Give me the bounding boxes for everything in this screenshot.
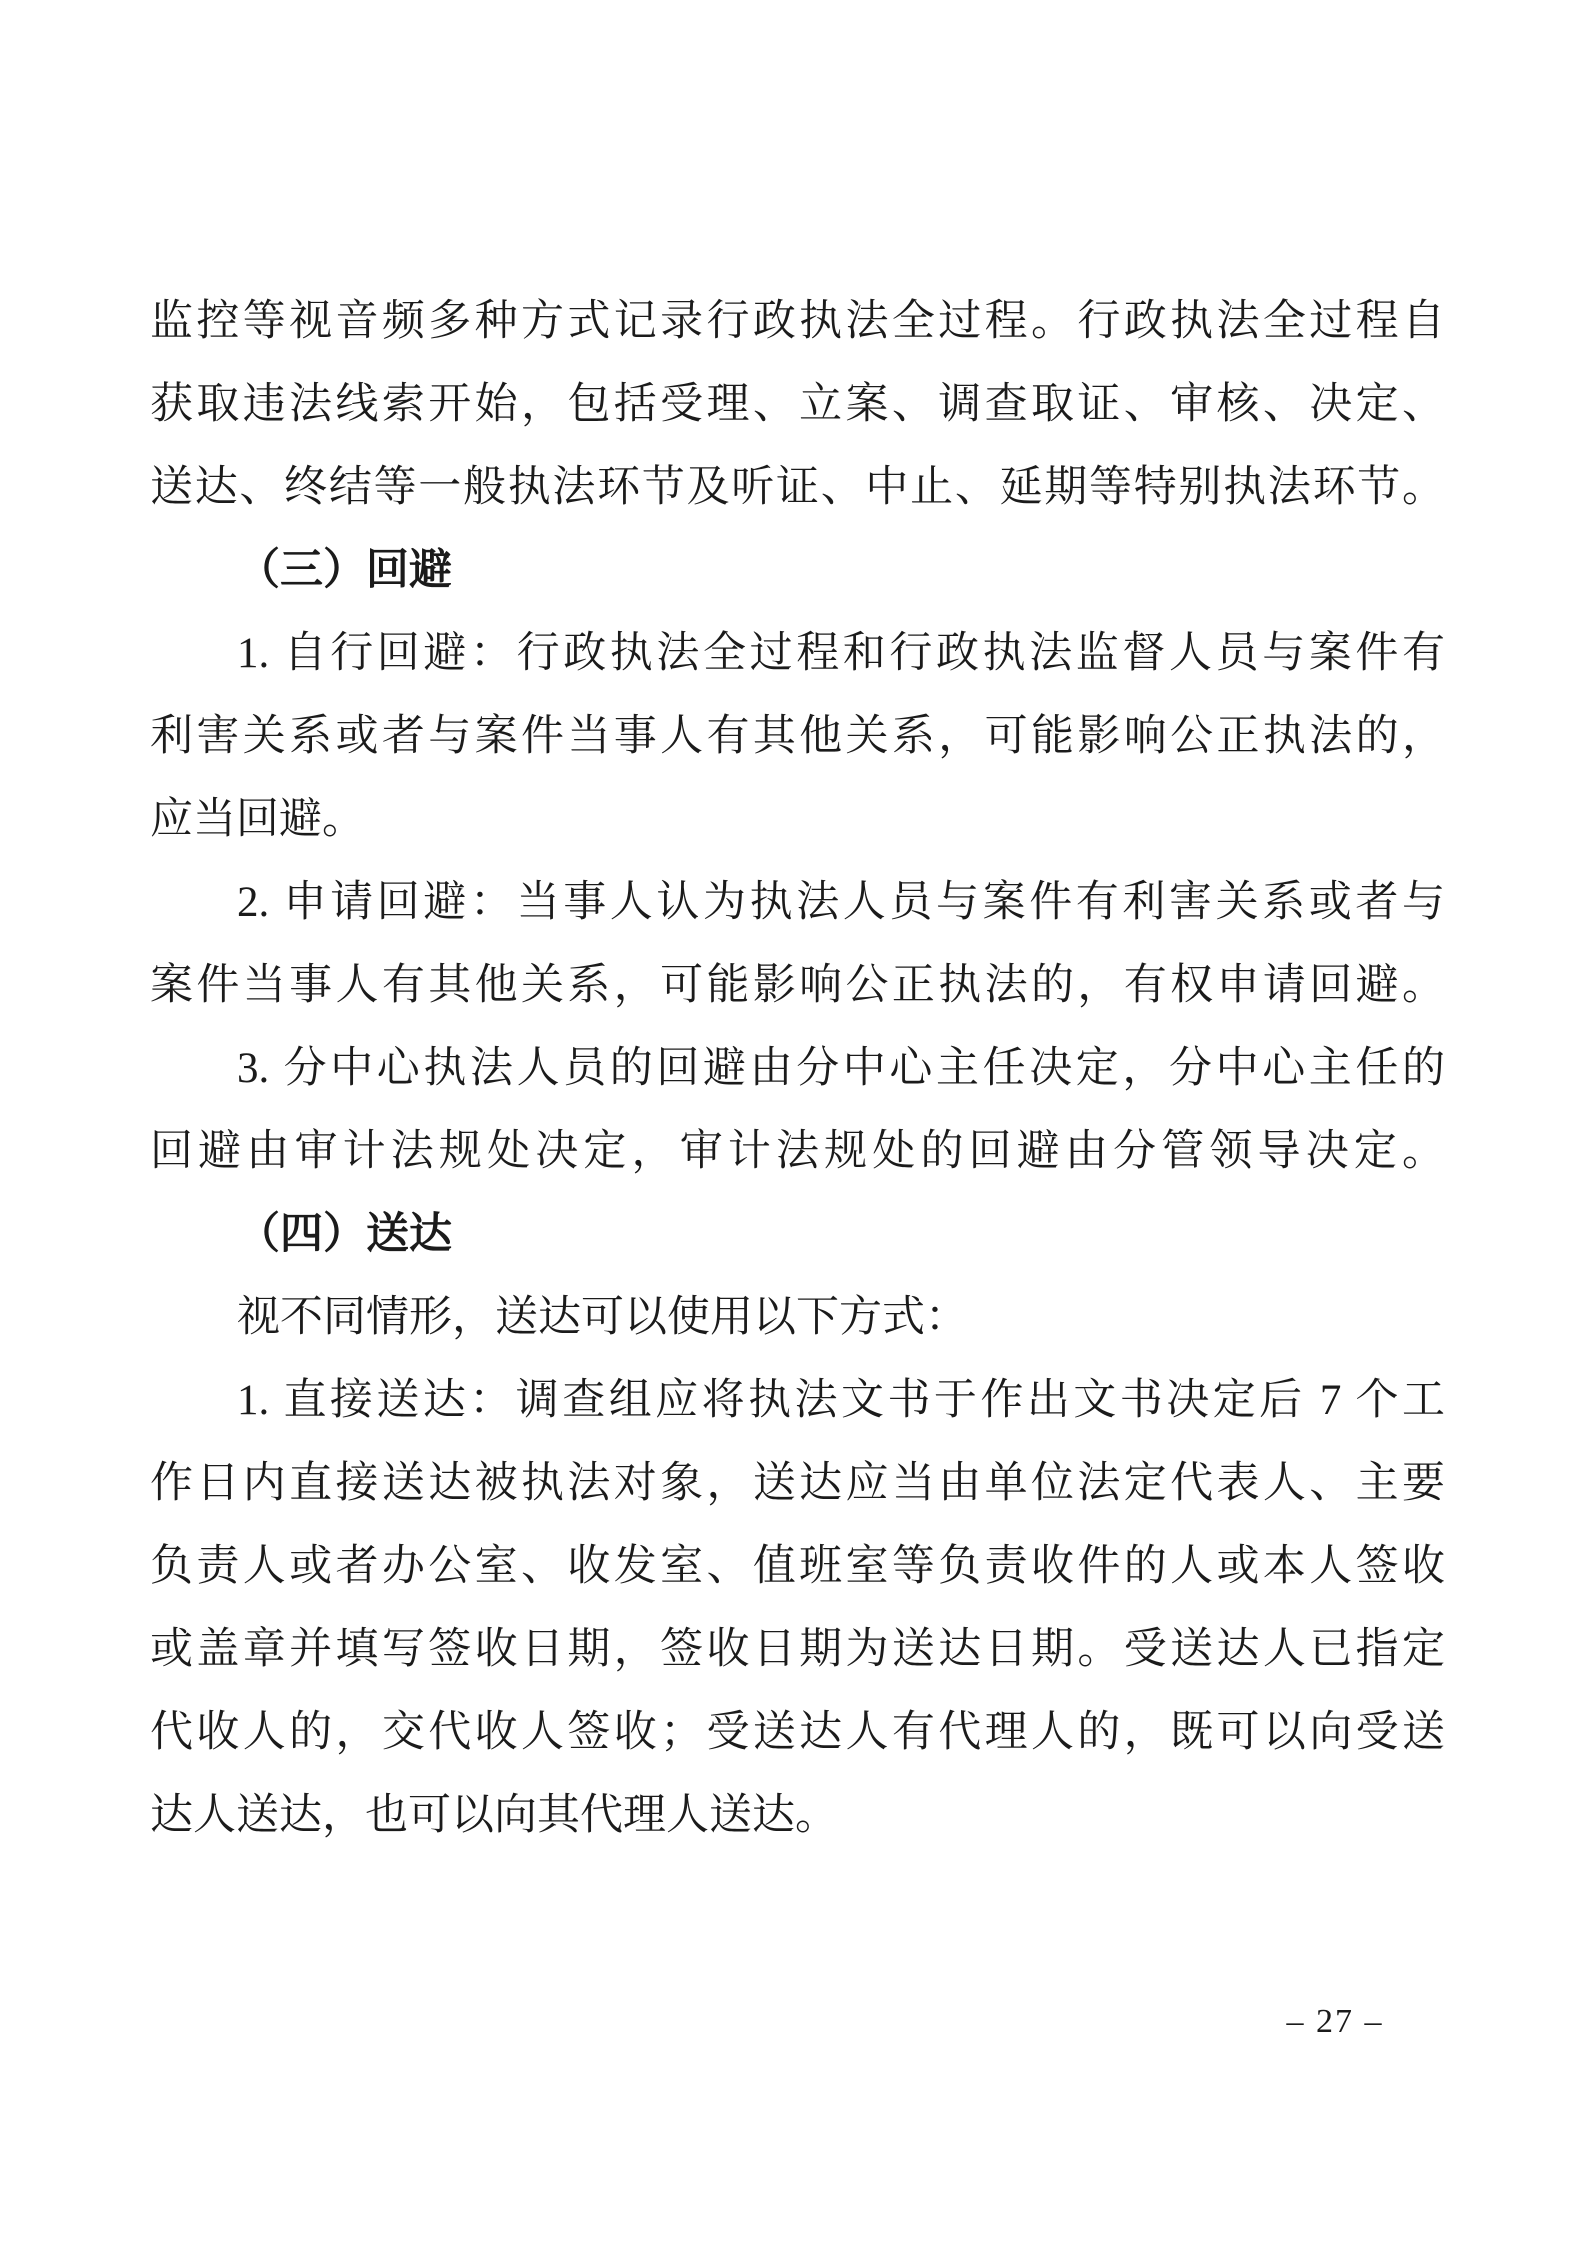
text-line: 利害关系或者与案件当事人有其他关系，可能影响公正执法的， — [150, 695, 1445, 778]
text-line: 负责人或者办公室、收发室、值班室等负责收件的人或本人签收 — [150, 1525, 1445, 1608]
text-line: 视不同情形，送达可以使用以下方式： — [150, 1276, 1445, 1359]
section-heading-huibi: （三）回避 — [150, 529, 1445, 612]
document-page: 监控等视音频多种方式记录行政执法全过程。行政执法全过程自 获取违法线索开始，包括… — [0, 0, 1587, 2245]
text-line: 送达、终结等一般执法环节及听证、中止、延期等特别执法环节。 — [150, 446, 1445, 529]
text-line: 回避由审计法规处决定，审计法规处的回避由分管领导决定。 — [150, 1110, 1445, 1193]
section-heading-songda: （四）送达 — [150, 1193, 1445, 1276]
text-line: 1. 直接送达：调查组应将执法文书于作出文书决定后 7 个工 — [150, 1359, 1445, 1442]
text-line: 代收人的，交代收人签收；受送达人有代理人的，既可以向受送 — [150, 1691, 1445, 1774]
text-line: 达人送达，也可以向其代理人送达。 — [150, 1774, 1445, 1857]
text-line: 3. 分中心执法人员的回避由分中心主任决定，分中心主任的 — [150, 1027, 1445, 1110]
text-line: 作日内直接送达被执法对象，送达应当由单位法定代表人、主要 — [150, 1442, 1445, 1525]
text-line: 监控等视音频多种方式记录行政执法全过程。行政执法全过程自 — [150, 280, 1445, 363]
text-line: 获取违法线索开始，包括受理、立案、调查取证、审核、决定、 — [150, 363, 1445, 446]
text-line: 应当回避。 — [150, 778, 1445, 861]
document-body: 监控等视音频多种方式记录行政执法全过程。行政执法全过程自 获取违法线索开始，包括… — [150, 280, 1445, 1857]
page-number: – 27 – — [1255, 1992, 1415, 2052]
text-line: 或盖章并填写签收日期，签收日期为送达日期。受送达人已指定 — [150, 1608, 1445, 1691]
text-line: 2. 申请回避：当事人认为执法人员与案件有利害关系或者与 — [150, 861, 1445, 944]
text-line: 1. 自行回避：行政执法全过程和行政执法监督人员与案件有 — [150, 612, 1445, 695]
text-line: 案件当事人有其他关系，可能影响公正执法的，有权申请回避。 — [150, 944, 1445, 1027]
